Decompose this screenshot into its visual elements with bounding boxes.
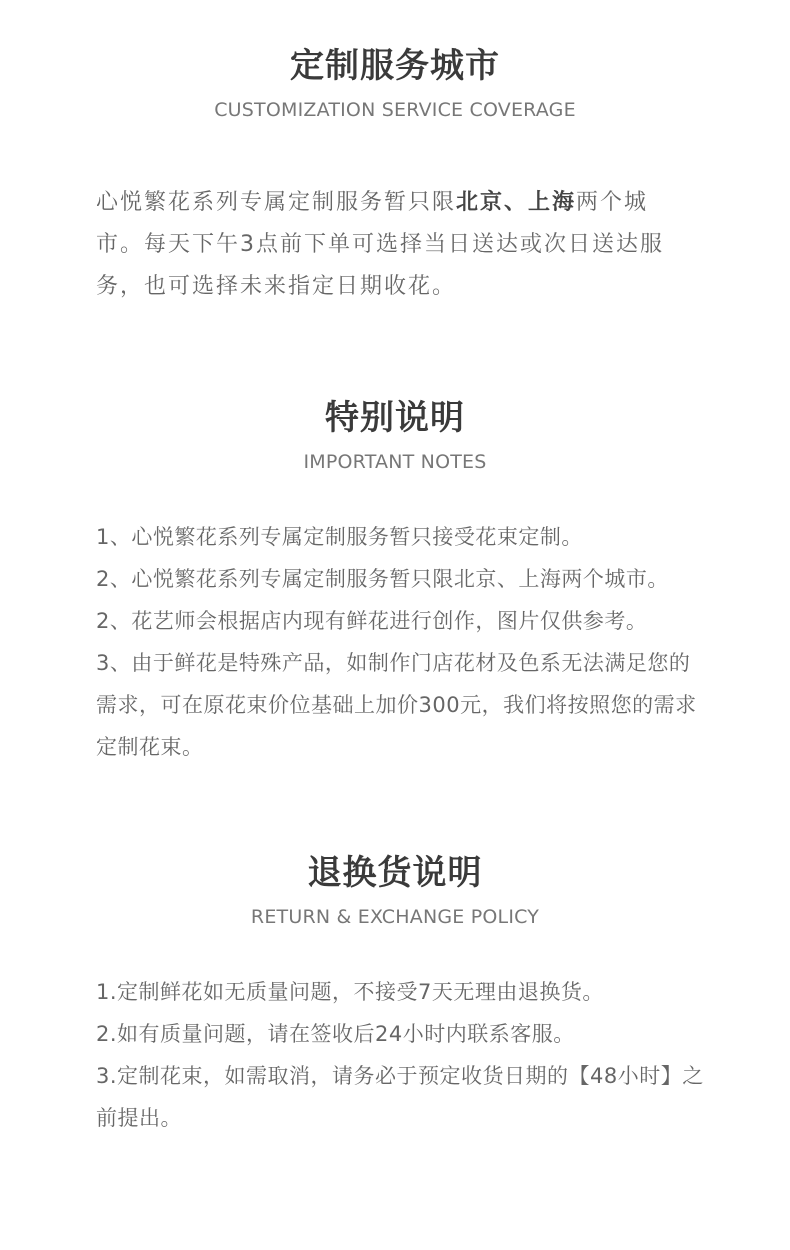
section-service-coverage: 定制服务城市 CUSTOMIZATION SERVICE COVERAGE [0, 46, 790, 122]
list-item: 1.定制鲜花如无质量问题，不接受7天无理由退换货。 [96, 971, 706, 1013]
section-title: 定制服务城市 [0, 46, 790, 86]
list-item: 2、花艺师会根据店内现有鲜花进行创作，图片仅供参考。 [96, 600, 706, 642]
section-return-policy: 退换货说明 RETURN & EXCHANGE POLICY [0, 853, 790, 929]
section-important-notes: 特别说明 IMPORTANT NOTES [0, 398, 790, 474]
list-item: 2、心悦繁花系列专属定制服务暂只限北京、上海两个城市。 [96, 558, 706, 600]
service-coverage-text: 心悦繁花系列专属定制服务暂只限北京、上海两个城市。每天下午3点前下单可选择当日送… [96, 182, 696, 308]
section-subtitle: CUSTOMIZATION SERVICE COVERAGE [0, 98, 790, 122]
section-title: 退换货说明 [0, 853, 790, 893]
section-subtitle: IMPORTANT NOTES [0, 450, 790, 474]
return-policy-list: 1.定制鲜花如无质量问题，不接受7天无理由退换货。 2.如有质量问题，请在签收后… [96, 971, 706, 1139]
important-notes-list: 1、心悦繁花系列专属定制服务暂只接受花束定制。 2、心悦繁花系列专属定制服务暂只… [96, 516, 706, 768]
text-before: 心悦繁花系列专属定制服务暂只限 [96, 190, 456, 215]
section-title: 特别说明 [0, 398, 790, 438]
list-item: 3、由于鲜花是特殊产品，如制作门店花材及色系无法满足您的需求，可在原花束价位基础… [96, 642, 706, 768]
list-item: 2.如有质量问题，请在签收后24小时内联系客服。 [96, 1013, 706, 1055]
list-item: 1、心悦繁花系列专属定制服务暂只接受花束定制。 [96, 516, 706, 558]
section-subtitle: RETURN & EXCHANGE POLICY [0, 905, 790, 929]
list-item: 3.定制花束，如需取消，请务必于预定收货日期的【48小时】之前提出。 [96, 1055, 706, 1139]
highlight-cities: 北京、上海 [456, 190, 576, 215]
